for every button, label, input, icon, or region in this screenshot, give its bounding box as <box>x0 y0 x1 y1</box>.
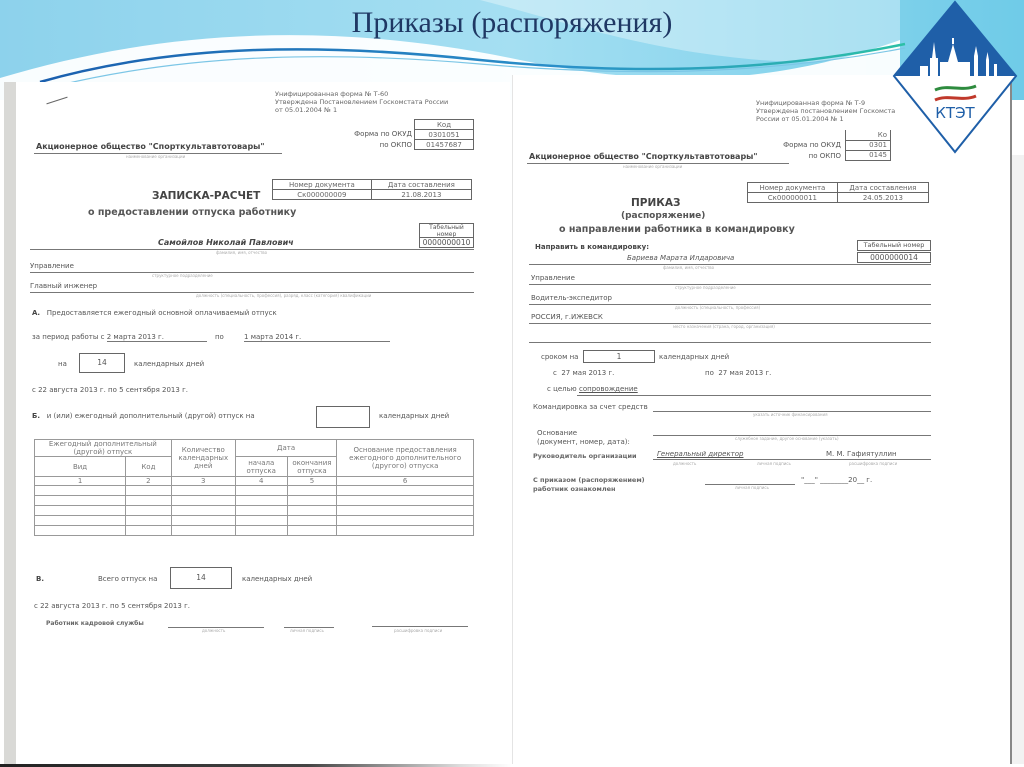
okud-value: 0301051 <box>415 130 474 140</box>
ktet-logo: КТЭТ <box>890 0 1020 158</box>
period-from: 2 марта 2013 г. <box>107 333 207 342</box>
department: Управление <box>531 274 575 282</box>
section-a-period: за период работы с 2 марта 2013 г. по 1 … <box>32 333 390 342</box>
term-days: 1 <box>583 350 655 363</box>
section-a-days: 14 <box>79 353 125 373</box>
doc-number: Ск000000009 <box>273 190 372 200</box>
form-header: Унифицированная форма № Т-60 Утверждена … <box>275 90 448 114</box>
okud-label: Форма по ОКУД <box>306 129 412 140</box>
codes-table: Ко 0301 0145 <box>845 130 891 161</box>
from-date: с 27 мая 2013 г. <box>553 369 614 377</box>
hr-worker-label: Работник кадровой службы <box>46 620 144 627</box>
kremlin-skyline-diamond-logo: КТЭТ <box>890 0 1020 158</box>
additional-vacation-table: Ежегодный дополнительный (другой) отпуск… <box>34 439 474 536</box>
head-label: Руководитель организации <box>533 452 637 460</box>
basis-label: Основание (документ, номер, дата): <box>537 429 630 447</box>
section-a: А. Предоставляется ежегодный основной оп… <box>32 309 277 317</box>
section-b-days <box>316 406 370 428</box>
to-date: по 27 мая 2013 г. <box>705 369 771 377</box>
send-label: Направить в командировку: <box>535 243 649 251</box>
section-a-dates: с 22 августа 2013 г. по 5 сентября 2013 … <box>32 386 188 394</box>
okpo-value: 01457687 <box>415 140 474 150</box>
svg-text:КТЭТ: КТЭТ <box>935 104 975 122</box>
code-labels: Форма по ОКУД по ОКПО <box>306 129 412 151</box>
employee-name: Самойлов Николай Павлович <box>158 238 294 247</box>
okpo-label: по ОКПО <box>306 140 412 151</box>
doc-date: 24.05.2013 <box>837 193 928 203</box>
section-b: Б. и (или) ежегодный дополнительный (дру… <box>32 412 255 420</box>
right-document-page: Унифицированная форма № Т-9 Утверждена п… <box>512 75 1012 767</box>
ack-label: С приказом (распоряжением) работник озна… <box>533 476 645 494</box>
position: Главный инженер <box>30 282 97 290</box>
doc-subtitle: о направлении работника в командировку <box>559 224 795 235</box>
organization-name: Акционерное общество "Спорткультавтотова… <box>529 152 758 161</box>
ack-date: "___" ________20__ г. <box>801 476 872 484</box>
doc-subtitle: о предоставлении отпуска работнику <box>88 207 296 218</box>
left-document-page: Унифицированная форма № Т-60 Утверждена … <box>4 82 510 767</box>
head-position: Генеральный директор <box>657 450 743 458</box>
doc-number: Ск000000011 <box>748 193 838 203</box>
doc-title: ПРИКАЗ <box>631 197 680 209</box>
period-to: 1 марта 2014 г. <box>244 333 390 342</box>
okud-value: 0301 <box>846 140 891 150</box>
okpo-value: 0145 <box>846 150 891 160</box>
doc-title: ЗАПИСКА-РАСЧЕТ <box>152 190 260 202</box>
purpose: сопровождение <box>579 385 638 393</box>
tab-number: 0000000010 <box>419 237 474 248</box>
position: Водитель-экспедитор <box>531 294 612 302</box>
head-name: М. М. Гафиятуллин <box>826 450 897 458</box>
organization-name: Акционерное общество "Спорткультавтотова… <box>36 142 265 151</box>
codes-table: Код 0301051 01457687 <box>414 119 474 150</box>
tab-number: 0000000014 <box>857 252 931 263</box>
page-shadow <box>1012 155 1024 767</box>
form-header: Унифицированная форма № Т-9 Утверждена п… <box>756 99 895 123</box>
section-c-letter: В. <box>36 575 44 583</box>
section-c-dates: с 22 августа 2013 г. по 5 сентября 2013 … <box>34 602 190 610</box>
doc-number-table: Номер документаДата составления Ск000000… <box>747 182 929 203</box>
section-c-days: 14 <box>170 567 232 589</box>
department: Управление <box>30 262 74 270</box>
destination: РОССИЯ, г.ИЖЕВСК <box>531 313 603 321</box>
doc-date: 21.08.2013 <box>371 190 471 200</box>
slide-title: Приказы (распоряжения) <box>0 6 1024 40</box>
doc-number-table: Номер документаДата составления Ск000000… <box>272 179 472 200</box>
pen-mark <box>46 97 67 105</box>
employee-name: Бариева Марата Илдаровича <box>627 254 734 262</box>
okud-label: Форма по ОКУД <box>735 140 841 151</box>
